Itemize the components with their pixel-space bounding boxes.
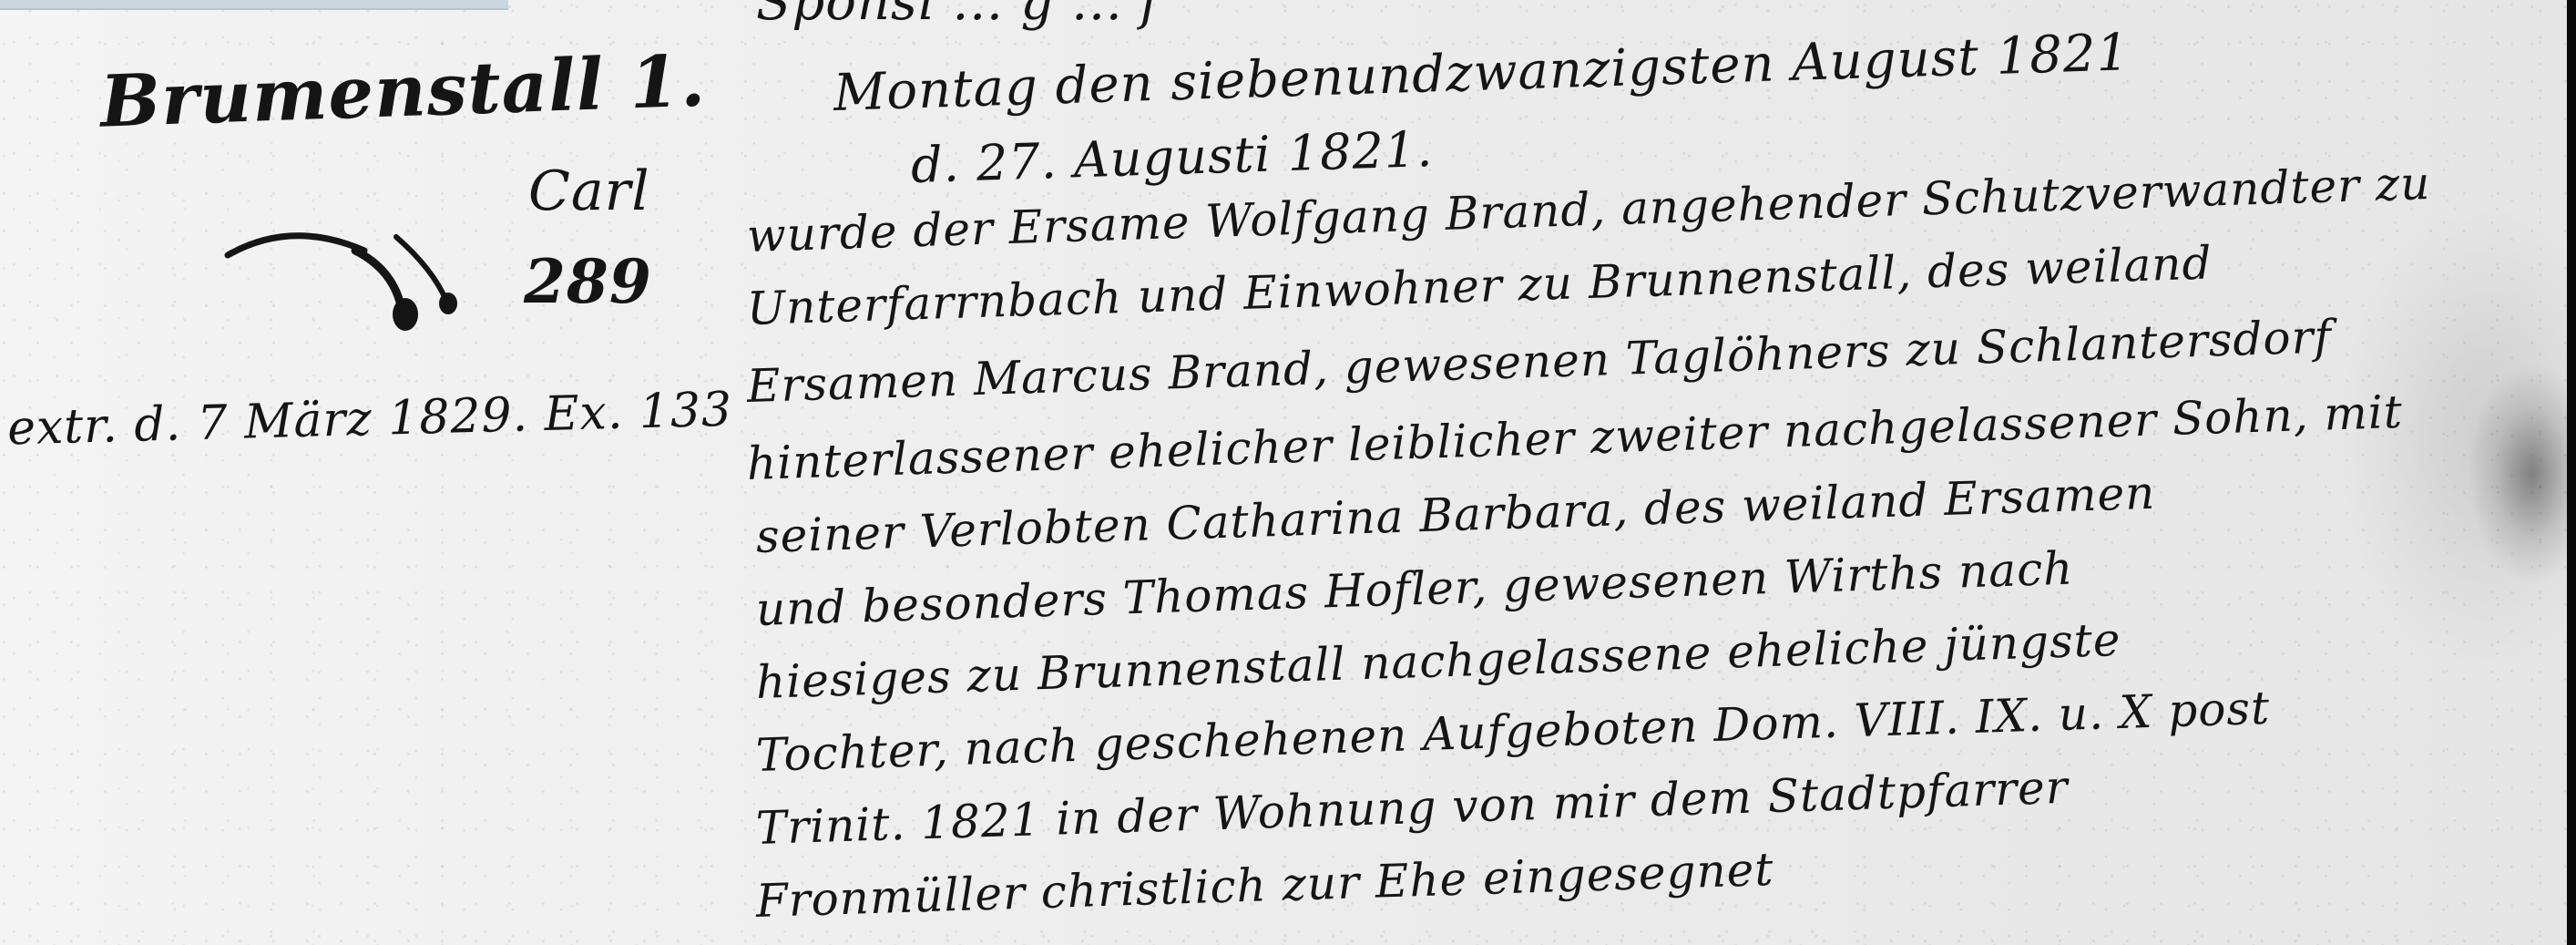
viewer-top-bar	[0, 0, 508, 10]
margin-entry-number: 289	[524, 246, 652, 317]
scanned-page: Brumenstall 1. Carl 289 extr. d. 7 März …	[0, 0, 2567, 945]
header-fragment: Sponsi ... g ... f	[756, 0, 1160, 32]
scan-edge-border	[2567, 0, 2576, 945]
margin-name: Carl	[528, 159, 650, 223]
marriage-symbol-icon	[219, 214, 465, 333]
